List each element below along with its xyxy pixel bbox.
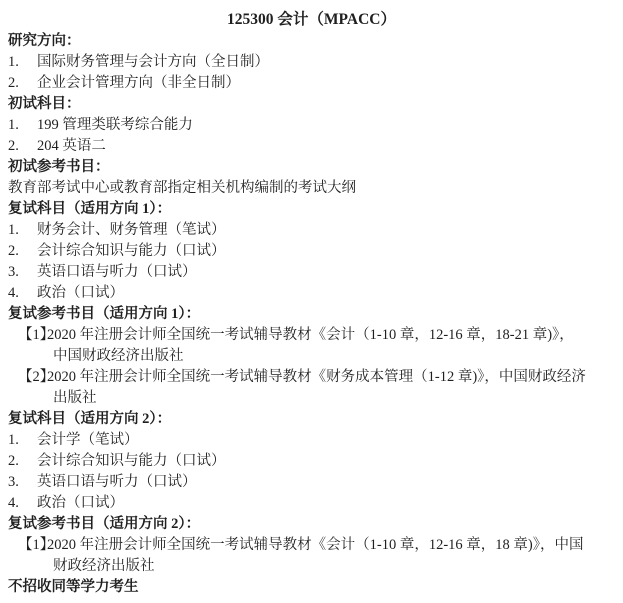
reference-text: 2020 年注册会计师全国统一考试辅导教材《会计（1-10 章，12-16 章，… (47, 537, 583, 553)
list-item-number: 2. (8, 241, 37, 262)
section-heading-research-directions: 研究方向： (0, 31, 623, 52)
list-item-number: 2. (8, 451, 37, 472)
reference-item: 【1】2020 年注册会计师全国统一考试辅导教材《会计（1-10 章，12-16… (0, 325, 623, 346)
list-item-text: 财务会计、财务管理（笔试） (37, 222, 226, 238)
reference-continuation: 出版社 (0, 388, 623, 409)
list-item-text: 企业会计管理方向（非全日制） (37, 75, 240, 91)
list-item-number: 2. (8, 136, 37, 157)
list-item-text: 政治（口试） (37, 285, 124, 301)
list-item: 1.199 管理类联考综合能力 (0, 115, 623, 136)
list-item-text: 204 英语二 (37, 138, 106, 154)
reference-text: 2020 年注册会计师全国统一考试辅导教材《会计（1-10 章，12-16 章，… (47, 327, 574, 343)
list-item-text: 政治（口试） (37, 495, 124, 511)
reference-label: 【2】 (18, 367, 47, 388)
section-heading-initial-exam-references: 初试参考书目： (0, 157, 623, 178)
section-heading-retest-references-direction2: 复试参考书目（适用方向 2）： (0, 514, 623, 535)
list-item: 1.会计学（笔试） (0, 430, 623, 451)
document-page: 125300 会计（MPACC） 研究方向： 1.国际财务管理与会计方向（全日制… (0, 0, 623, 603)
reference-label: 【1】 (18, 325, 47, 346)
list-item: 2.204 英语二 (0, 136, 623, 157)
section-heading-initial-exam-subjects: 初试科目： (0, 94, 623, 115)
list-item-text: 会计综合知识与能力（口试） (37, 453, 226, 469)
list-item: 2.企业会计管理方向（非全日制） (0, 73, 623, 94)
list-item-number: 2. (8, 73, 37, 94)
list-item: 4.政治（口试） (0, 493, 623, 514)
reference-continuation: 中国财政经济出版社 (0, 346, 623, 367)
list-item-number: 1. (8, 430, 37, 451)
reference-label: 【1】 (18, 535, 47, 556)
list-item-number: 3. (8, 262, 37, 283)
list-item-number: 3. (8, 472, 37, 493)
list-item-number: 1. (8, 52, 37, 73)
reference-text: 2020 年注册会计师全国统一考试辅导教材《财务成本管理（1-12 章)》，中国… (47, 369, 586, 385)
list-item: 4.政治（口试） (0, 283, 623, 304)
paragraph-text: 教育部考试中心或教育部指定相关机构编制的考试大纲 (0, 178, 623, 199)
list-item-text: 会计综合知识与能力（口试） (37, 243, 226, 259)
list-item-number: 1. (8, 220, 37, 241)
reference-continuation: 财政经济出版社 (0, 556, 623, 577)
list-item: 2.会计综合知识与能力（口试） (0, 451, 623, 472)
list-item: 3.英语口语与听力（口试） (0, 472, 623, 493)
reference-item: 【2】2020 年注册会计师全国统一考试辅导教材《财务成本管理（1-12 章)》… (0, 367, 623, 388)
list-item: 1.财务会计、财务管理（笔试） (0, 220, 623, 241)
page-title: 125300 会计（MPACC） (0, 9, 623, 30)
list-item-number: 4. (8, 493, 37, 514)
list-item-number: 1. (8, 115, 37, 136)
list-item: 1.国际财务管理与会计方向（全日制） (0, 52, 623, 73)
list-item: 3.英语口语与听力（口试） (0, 262, 623, 283)
section-heading-retest-subjects-direction1: 复试科目（适用方向 1）： (0, 199, 623, 220)
reference-item: 【1】2020 年注册会计师全国统一考试辅导教材《会计（1-10 章，12-16… (0, 535, 623, 556)
note-no-equivalent-qualification: 不招收同等学力考生 (0, 577, 623, 598)
list-item: 2.会计综合知识与能力（口试） (0, 241, 623, 262)
list-item-text: 英语口语与听力（口试） (37, 264, 197, 280)
list-item-text: 会计学（笔试） (37, 432, 139, 448)
list-item-number: 4. (8, 283, 37, 304)
section-heading-retest-references-direction1: 复试参考书目（适用方向 1）： (0, 304, 623, 325)
section-heading-retest-subjects-direction2: 复试科目（适用方向 2）： (0, 409, 623, 430)
list-item-text: 国际财务管理与会计方向（全日制） (37, 54, 269, 70)
list-item-text: 英语口语与听力（口试） (37, 474, 197, 490)
list-item-text: 199 管理类联考综合能力 (37, 117, 193, 133)
